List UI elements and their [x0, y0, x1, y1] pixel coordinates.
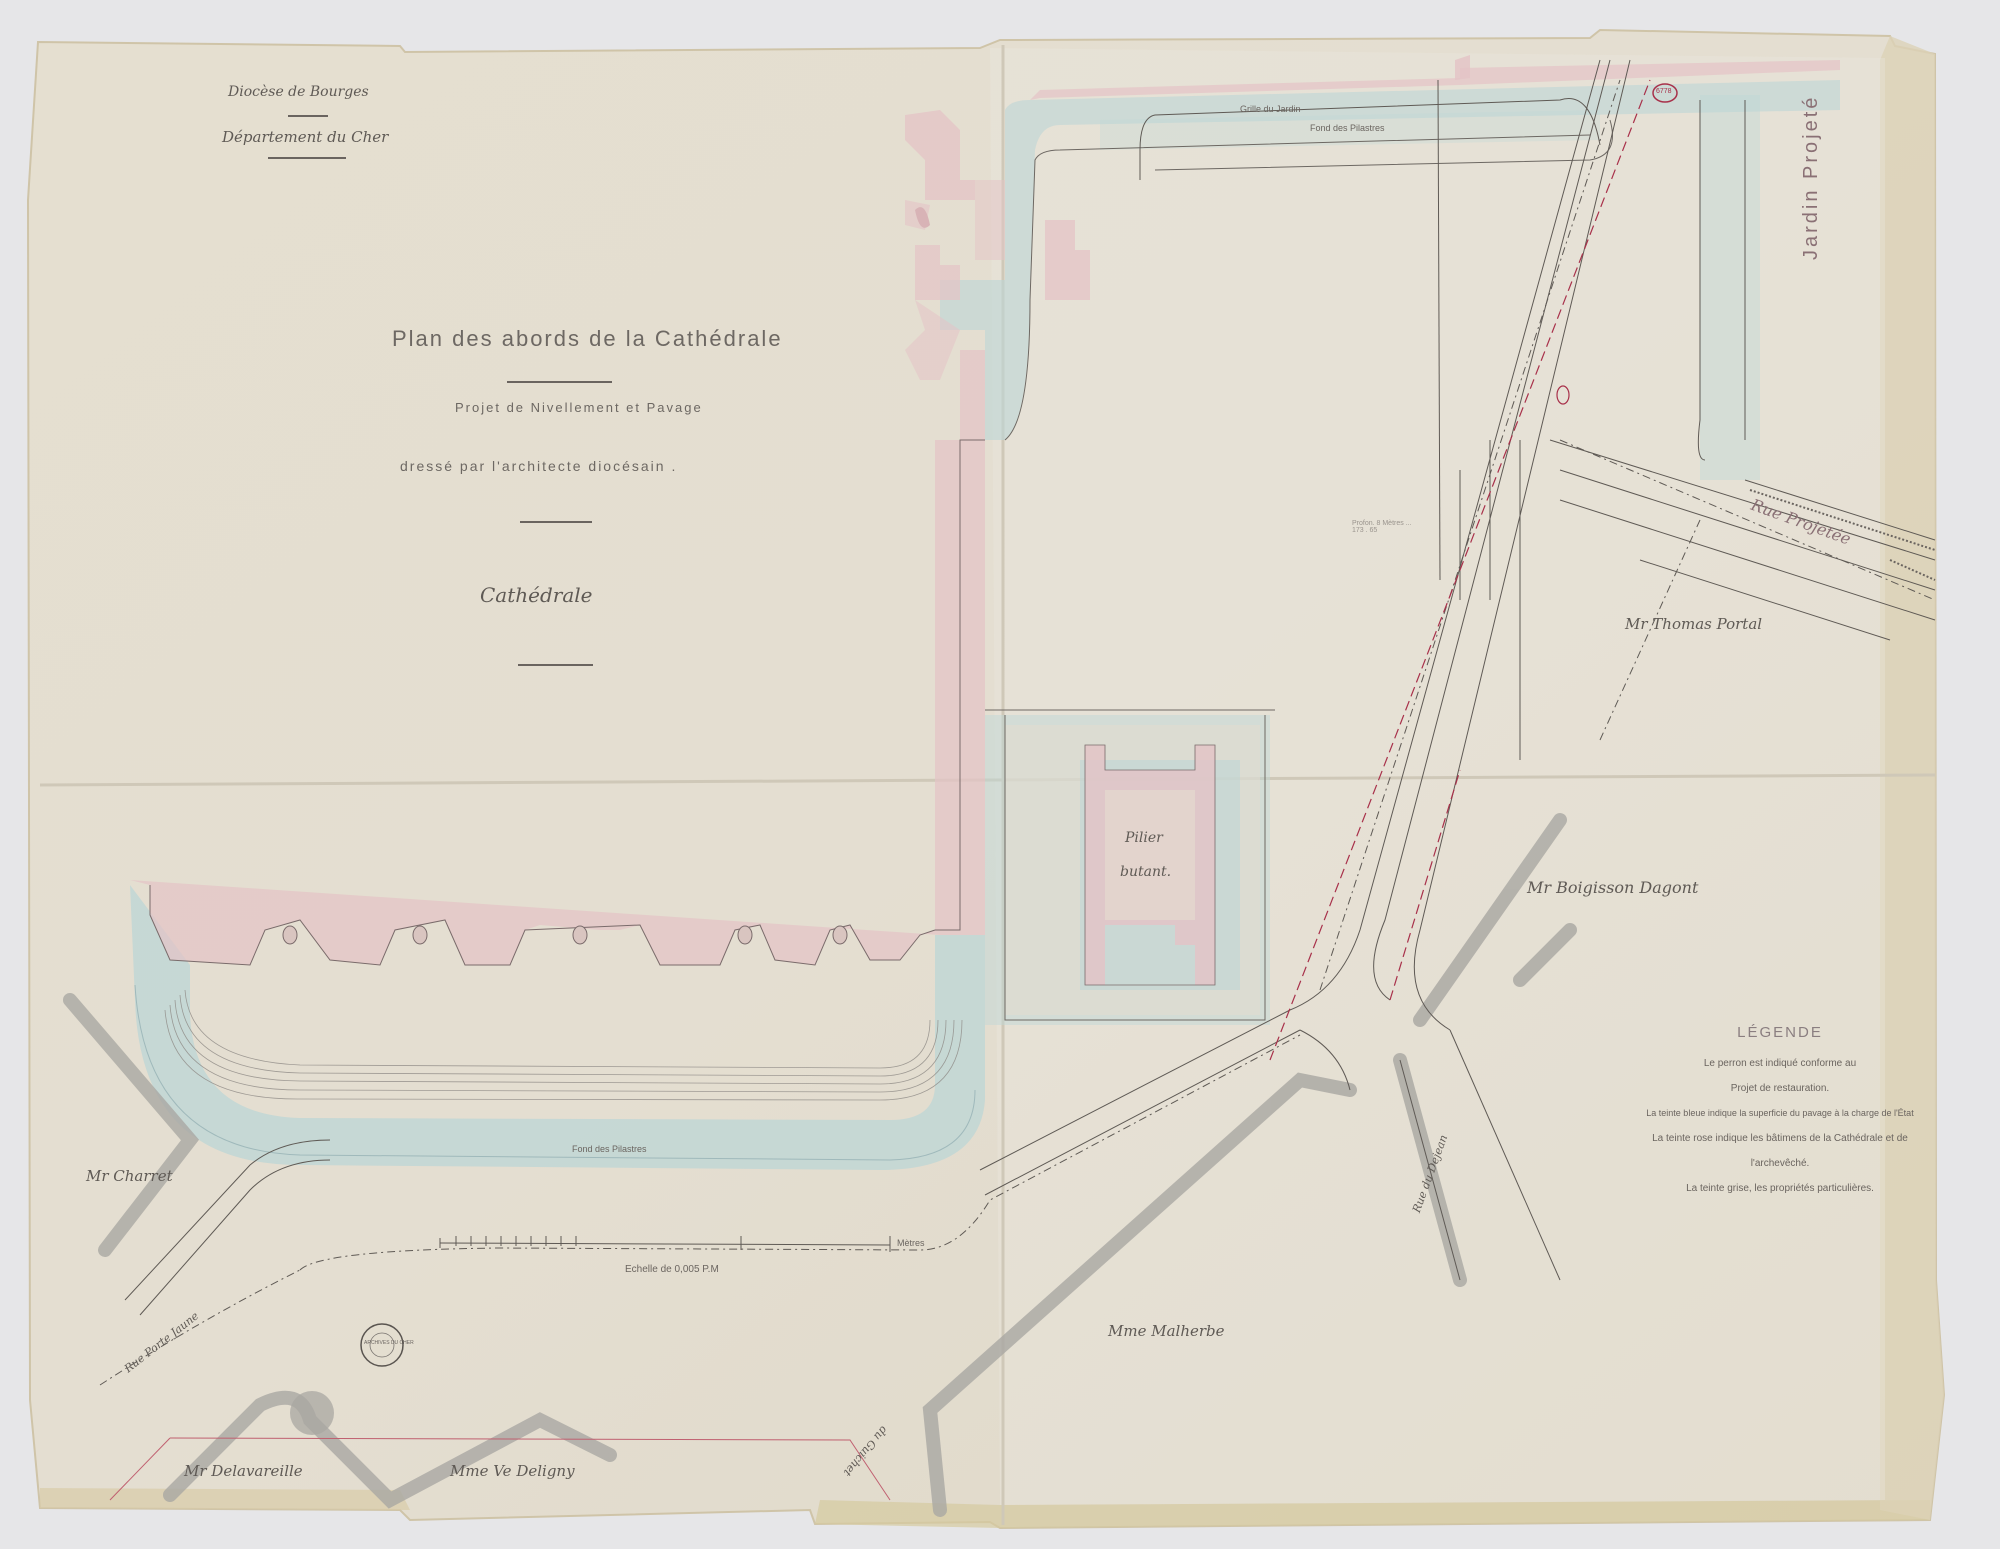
author-line: dressé par l'architecte diocésain .	[400, 458, 677, 474]
fond-pilastres-bottom-label: Fond des Pilastres	[572, 1144, 647, 1154]
legend-line: La teinte grise, les propriétés particul…	[1600, 1176, 1960, 1201]
cathedral-label: Cathédrale	[480, 583, 593, 607]
scale-unit: Mètres	[897, 1238, 925, 1248]
map-sheet: Diocèse de Bourges Département du Cher P…	[0, 0, 2000, 1549]
divider	[518, 664, 593, 666]
grille-jardin-label: Grille du Jardin	[1240, 104, 1301, 114]
scale-label: Echelle de 0,005 P.M	[625, 1264, 719, 1275]
pilier-label-2: butant.	[1120, 864, 1171, 880]
map-subtitle: Projet de Nivellement et Pavage	[455, 400, 703, 415]
owner-deligny: Mme Ve Deligny	[450, 1462, 575, 1480]
diocese-label: Diocèse de Bourges	[228, 84, 369, 100]
legend-line: Le perron est indiqué conforme au	[1600, 1051, 1960, 1076]
pencil-note: Profon. 8 Mètres ... 173 . 65	[1352, 520, 1412, 534]
legend-line: La teinte rose indique les bâtimens de l…	[1600, 1126, 1960, 1151]
owner-charret: Mr Charret	[86, 1167, 173, 1185]
divider	[268, 157, 346, 159]
catalog-mark-text: 6778	[1656, 88, 1672, 95]
archive-stamp-text: ARCHIVES DU CHER	[364, 1340, 414, 1346]
pilier-label-1: Pilier	[1125, 830, 1163, 846]
divider	[520, 521, 592, 523]
divider	[507, 381, 612, 383]
legend-line: l'archevêché.	[1600, 1151, 1960, 1176]
legend-line: Projet de restauration.	[1600, 1076, 1960, 1101]
map-title: Plan des abords de la Cathédrale	[392, 326, 783, 352]
legend-title: LÉGENDE	[1600, 1020, 1960, 1045]
owner-malherbe: Mme Malherbe	[1108, 1322, 1225, 1340]
department-label: Département du Cher	[222, 128, 388, 146]
owner-boigisson-dagont: Mr Boigisson Dagont	[1527, 878, 1698, 897]
legend-line: La teinte bleue indique la superficie du…	[1600, 1101, 1960, 1126]
owner-delavareille: Mr Delavareille	[184, 1462, 303, 1480]
fond-pilastres-label: Fond des Pilastres	[1310, 123, 1385, 133]
owner-thomas-portal: Mr Thomas Portal	[1625, 615, 1762, 633]
map-drawing	[0, 0, 2000, 1549]
jardin-projete-label: Jardin Projeté	[1800, 95, 1823, 260]
divider	[288, 115, 328, 117]
legend: LÉGENDE Le perron est indiqué conforme a…	[1600, 1020, 1960, 1201]
